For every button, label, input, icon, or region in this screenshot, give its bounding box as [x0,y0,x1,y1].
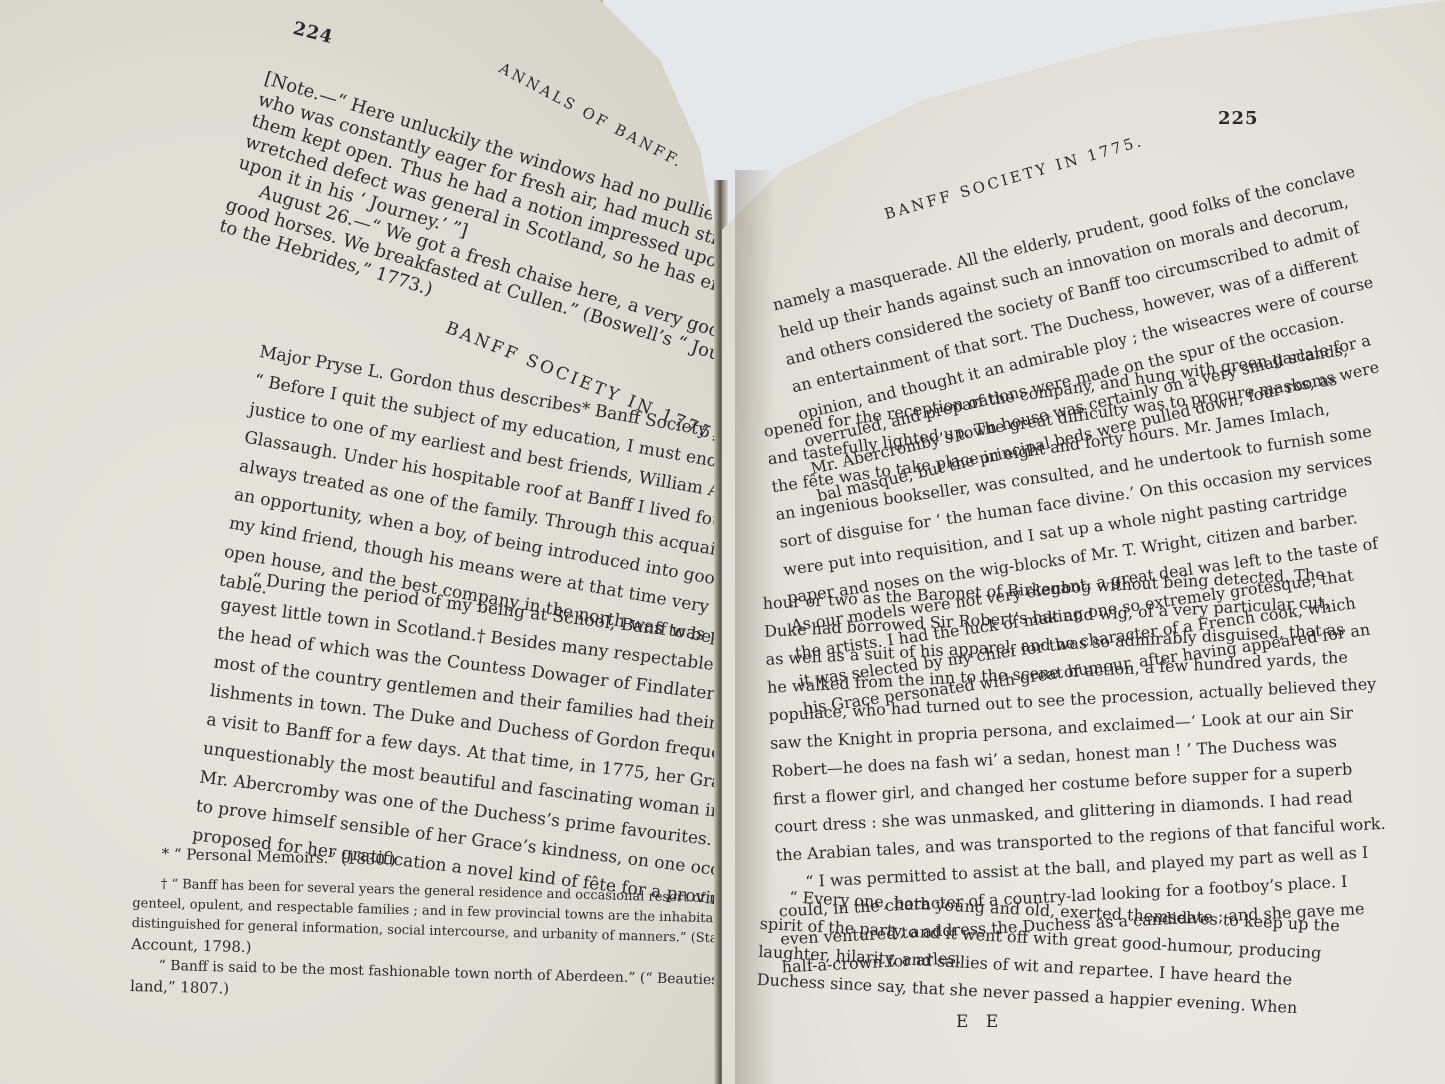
page-number: 224 [291,18,335,48]
right-page: 225 BANFF SOCIETY IN 1775. namely a masq… [722,0,1445,1084]
book-photo: 224 ANNALS OF BANFF. [Note.—“ Here unluc… [0,0,1445,1084]
running-head: BANFF SOCIETY IN 1775. [882,132,1145,223]
left-page: 224 ANNALS OF BANFF. [Note.—“ Here unluc… [0,0,722,1084]
page-number: 225 [1218,108,1259,129]
page-curl-shadow [735,170,775,1084]
footnotes: * “ Personal Memoirs.” (1830.) † “ Banff… [130,838,781,1013]
signature-mark: E E [956,1012,1004,1032]
right-running-head-block: BANFF SOCIETY IN 1775. [882,131,1146,223]
right-page-number-block: 225 [1218,108,1259,129]
signature-block: E E [956,1012,1004,1032]
left-page-number-block: 224 [291,18,335,48]
